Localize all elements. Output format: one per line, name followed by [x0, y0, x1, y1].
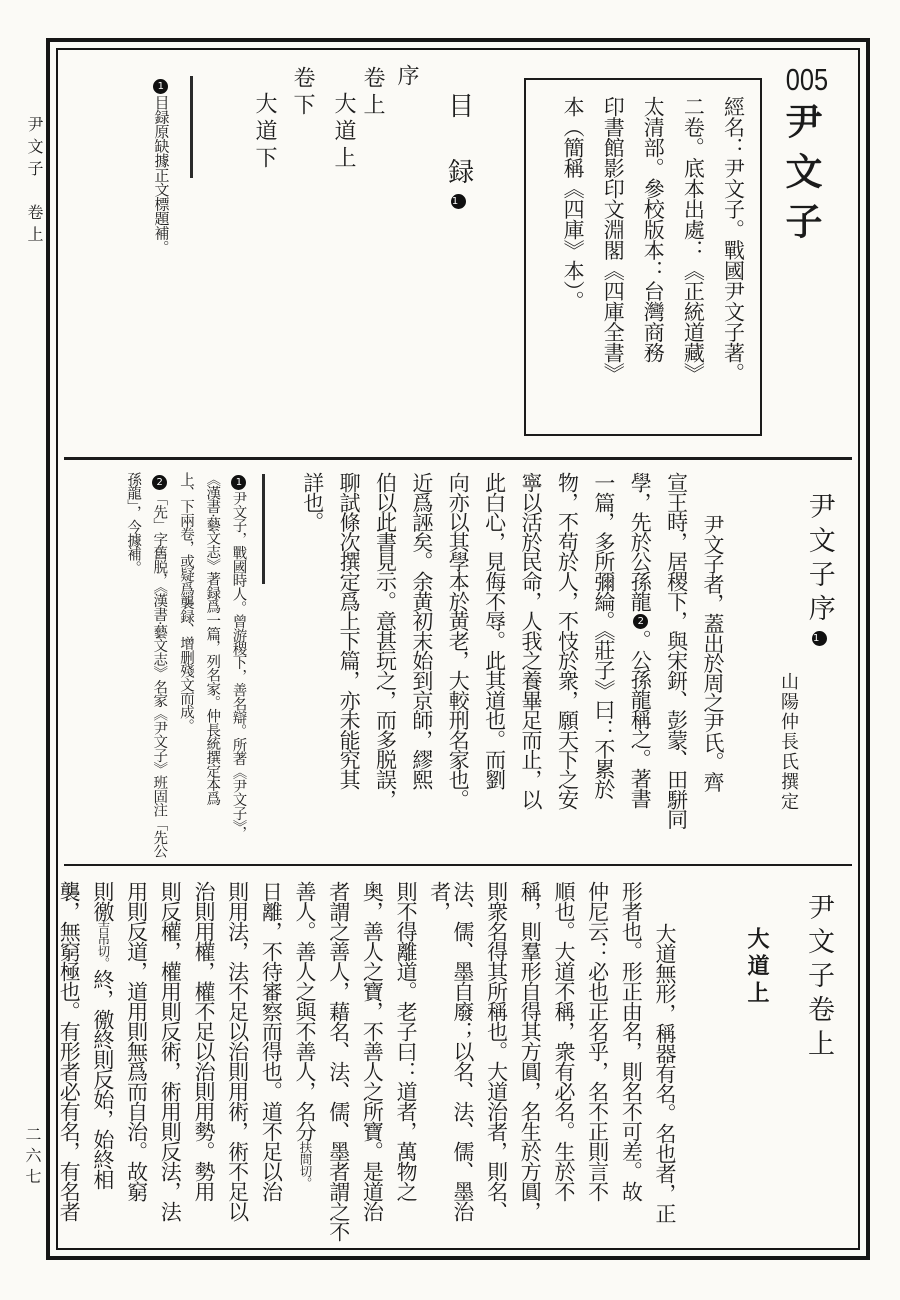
text-column: 目 録1 [444, 92, 473, 210]
main-text-band: 尹文子卷上 大道上 大道無形，稱器有名。名也者，正形者也。形正由名，則名不可差。… [64, 867, 852, 1242]
text-column: 太清部。參校版本：台灣商務 [641, 96, 664, 418]
text-column: 經名：尹文子。戰國尹文子著。 [721, 96, 744, 418]
footnote-separator-rule [190, 76, 193, 178]
text-column: 治則用權，權不足以治則用勢。勢用 [192, 881, 215, 1251]
margin-page-number: 二六七 [20, 1126, 43, 1189]
text-column: 形者也。形正由名，則名不可差。故 [619, 881, 642, 1251]
toc-entry-volume-upper: 卷上 [358, 66, 389, 120]
preface-footnotes: 1尹文子，戰國時人。曾游稷下，善名辯。所著《尹文子》，《漢書·藝文志》著録爲一篇… [104, 472, 246, 860]
book-title: 尹文子 [772, 102, 826, 252]
scanned-book-page: 尹文子 卷上 二六七 005 尹文子 經名：尹文子。戰國尹文子著。二卷。底本出處… [0, 0, 900, 1300]
text-column: 者謂之善人，藉名、法、儒、墨者謂之不 [327, 881, 350, 1251]
text-column: 則衆名得其所稱也。大道治者，則名、 [484, 881, 507, 1251]
text-column: 則用法，法不足以治則用術，術不足以 [226, 881, 249, 1251]
text-column: 法、儒、墨自廢；以名、法、儒、墨治者， [428, 881, 474, 1251]
front-matter-band: 005 尹文子 經名：尹文子。戰國尹文子著。二卷。底本出處：《正統道藏》太清部。… [64, 56, 852, 460]
preface-title: 尹文子序1 [804, 492, 834, 647]
text-column: 宣王時，居稷下，與宋鈃、彭蒙、田駢同 [665, 472, 688, 858]
text-column: 一篇，多所彌綸。《莊子》曰：不累於 [592, 472, 615, 858]
outer-frame-border: 005 尹文子 經名：尹文子。戰國尹文子著。二卷。底本出處：《正統道藏》太清部。… [46, 38, 870, 1260]
inner-frame-border: 005 尹文子 經名：尹文子。戰國尹文子著。二卷。底本出處：《正統道藏》太清部。… [56, 48, 860, 1250]
text-column: 本（簡稱《四庫》本）。 [561, 96, 584, 418]
inline-phonetic-note: 吉吊切。 [96, 921, 110, 969]
text-column: 奥，善人之寶，不善人之所寶。是道治 [360, 881, 383, 1251]
footnote-separator-rule [262, 474, 265, 584]
footnote-ref-marker: 1 [812, 631, 827, 646]
chapter-title: 大道上 [742, 927, 773, 1008]
toc-entry-dadao-upper: 大道上 [329, 92, 360, 173]
series-number: 005 [778, 62, 835, 98]
text-column: 1目録原缺據正文標題補。 [152, 76, 169, 416]
text-column: 2「先」字舊脱，《漢書·藝文志》名家《尹文子》班固注「先公 [150, 472, 166, 860]
inline-phonetic-note: 扶問切。 [298, 1141, 312, 1189]
preface-byline: 山陽仲長氏撰定 [776, 672, 802, 812]
preface-body-text: 尹文子者，蓋出於周之尹氏。齊宣王時，居稷下，與宋鈃、彭蒙、田駢同學，先於公孫龍2… [292, 472, 724, 858]
text-column: 伯以此書見示。意甚玩之，而多脱誤， [373, 472, 396, 858]
footnote-ref-marker: 2 [633, 614, 648, 629]
text-column: 詳也。 [301, 472, 324, 858]
text-column: 尹文子者，蓋出於周之尹氏。齊 [701, 472, 724, 858]
text-column: 向亦以其學本於黄老，大較刑名家也。 [446, 472, 469, 858]
text-column: 近爲誣矣。余黄初末始到京師，繆熙 [410, 472, 433, 858]
text-column: 日離，不待審察而得也。道不足以治 [259, 881, 282, 1251]
footnote-ref-marker: 1 [451, 194, 466, 209]
text-column: 順也。大道不稱，衆有必名。生於不 [552, 881, 575, 1251]
text-column: 襲，無窮極也。有形者必有名，有名者 [57, 881, 80, 1251]
main-body-text: 大道無形，稱器有名。名也者，正形者也。形正由名，則名不可差。故仲尼云：必也正名乎… [76, 881, 676, 1251]
text-column: 仲尼云：必也正名乎，名不正則言不 [586, 881, 609, 1251]
text-column: 則不得離道。老子曰：道者，萬物之 [394, 881, 417, 1251]
text-column: 用則反道，道用則無爲而自治。故窮 [125, 881, 148, 1251]
text-column: 學，先於公孫龍2。公孫龍稱之。著書 [628, 472, 651, 858]
text-column: 聊試條次撰定爲上下篇，亦未能究其 [337, 472, 360, 858]
text-column: 此白心，見侮不辱。此其道也。而劉 [483, 472, 506, 858]
toc-entry-dadao-lower: 大道下 [250, 92, 281, 173]
bibliography-box: 經名：尹文子。戰國尹文子著。二卷。底本出處：《正統道藏》太清部。參校版本：台灣商… [524, 78, 762, 436]
toc-title: 目 録1 [444, 92, 473, 210]
text-column: 孫龍」，今據補。 [124, 472, 140, 860]
toc-entry-preface: 序 [392, 64, 423, 91]
text-column: 善人。善人之與不善人，名分扶問切。 [293, 881, 316, 1251]
text-column: 印書館影印文淵閣《四庫全書》 [601, 96, 624, 418]
bibliography-columns: 經名：尹文子。戰國尹文子著。二卷。底本出處：《正統道藏》太清部。參校版本：台灣商… [544, 96, 744, 418]
text-column: 尹文子序1 [804, 492, 834, 647]
text-column: 二卷。底本出處：《正統道藏》 [681, 96, 704, 418]
margin-side-label: 尹文子 卷上 [22, 116, 45, 248]
text-column: 上、下兩卷，或疑爲襲録、增删殘文而成。 [177, 472, 193, 860]
masthead: 005 尹文子 [772, 62, 842, 252]
toc-entry-volume-lower: 卷下 [288, 66, 319, 120]
toc-footnote: 1目録原缺據正文標題補。 [152, 76, 169, 416]
preface-band: 尹文子序1 山陽仲長氏撰定 尹文子者，蓋出於周之尹氏。齊宣王時，居稷下，與宋鈃、… [64, 460, 852, 866]
frame-content: 005 尹文子 經名：尹文子。戰國尹文子著。二卷。底本出處：《正統道藏》太清部。… [64, 56, 852, 1242]
text-column: 物，不苟於人，不忮於衆，願天下之安 [555, 472, 578, 858]
footnote-ref-marker: 1 [153, 79, 168, 94]
footnote-ref-marker: 2 [152, 475, 167, 490]
text-column: 《漢書·藝文志》著録爲一篇，列名家。仲長統撰定本爲 [203, 472, 219, 860]
text-column: 1尹文子，戰國時人。曾游稷下，善名辯。所著《尹文子》， [230, 472, 246, 860]
text-column: 寧以活於民命，人我之養畢足而止，以 [519, 472, 542, 858]
footnote-ref-marker: 1 [231, 475, 246, 490]
text-column: 稱，則羣形自得其方圓，名生於方圓， [518, 881, 541, 1251]
text-column: 則徼吉吊切。終，徼終則反始，始終相 [91, 881, 114, 1251]
volume-title: 尹文子卷上 [800, 893, 839, 1063]
text-column: 則反權，權用則反術，術用則反法，法 [158, 881, 181, 1251]
text-column: 大道無形，稱器有名。名也者，正 [653, 881, 676, 1251]
